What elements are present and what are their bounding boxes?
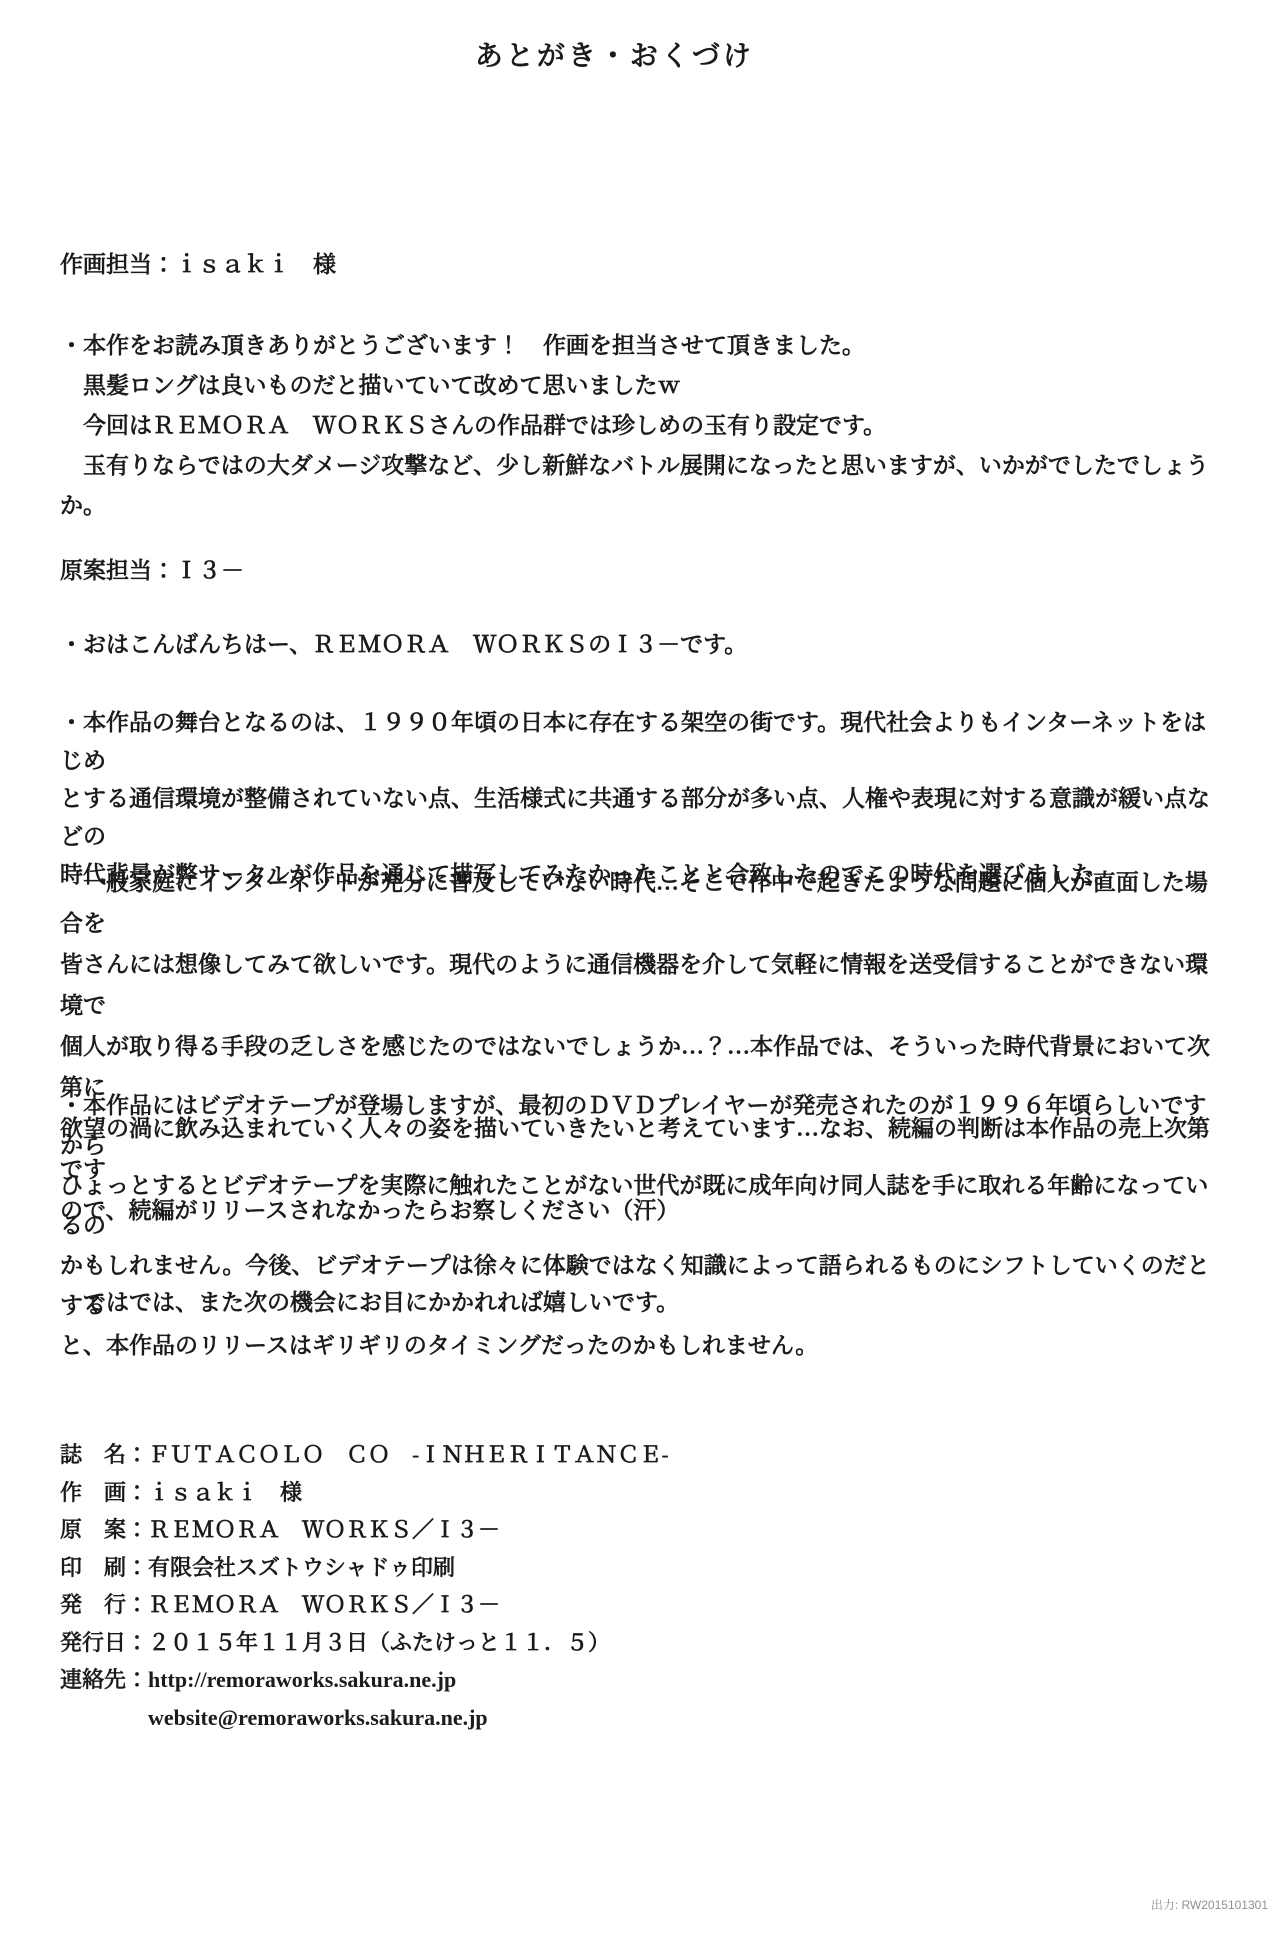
writer-greeting: ・おはこんばんちはー、ＲＥＭＯＲＡ ＷＯＲＫＳのＩ３－です。	[60, 630, 1224, 660]
artist-comment-paragraph: ・本作をお読み頂きありがとうございます！ 作画を担当させて頂きました。 黒髪ロン…	[60, 326, 1224, 526]
artist-section-heading: 作画担当：ｉｓａｋｉ 様	[60, 250, 1224, 280]
page-title: あとがき・おくづけ	[0, 34, 1229, 74]
writer-section-heading: 原案担当：Ｉ３－	[60, 556, 1224, 586]
colophon-block: 誌 名：ＦＵＴＡＣＯＬＯ ＣＯ -ＩＮＨＥＲＩＴＡＮＣＥ- 作 画：ｉｓａｋｉ …	[60, 1436, 1224, 1736]
output-code: 出力: RW2015101301	[1151, 1896, 1268, 1913]
closing-line: ではでは、また次の機会にお目にかかれれば嬉しいです。	[60, 1288, 1224, 1318]
videotape-paragraph: ・本作品にはビデオテープが登場しますが、最初のＤＶＤプレイヤーが発売されたのが１…	[60, 1086, 1224, 1366]
afterword-page: あとがき・おくづけ 作画担当：ｉｓａｋｉ 様 ・本作をお読み頂きありがとうござい…	[0, 0, 1280, 1934]
